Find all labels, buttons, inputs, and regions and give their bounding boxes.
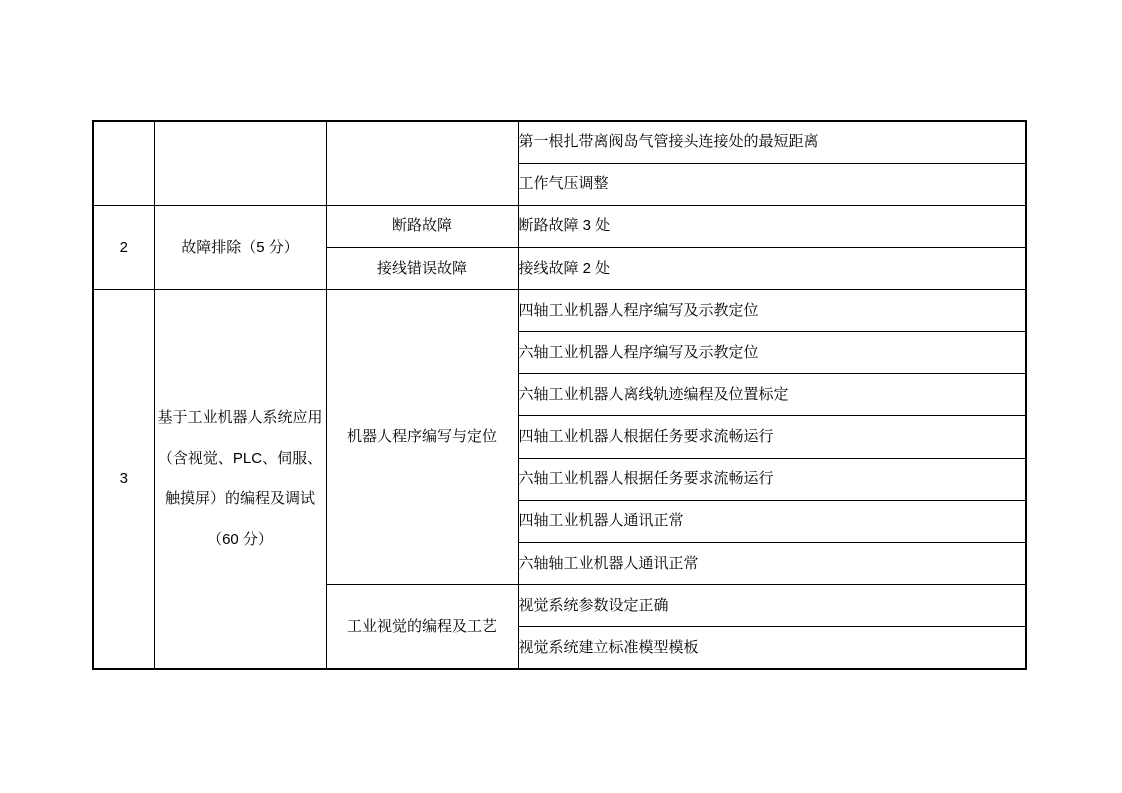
section-category-cell: 故障排除（5 分） xyxy=(154,205,326,289)
subcategory-cell: 断路故障 xyxy=(326,205,518,247)
criterion-cell: 视觉系统建立标准模型模板 xyxy=(518,627,1026,669)
subcategory-cell: 接线错误故障 xyxy=(326,247,518,289)
criterion-cell: 第一根扎带离阀岛气管接头连接处的最短距离 xyxy=(518,121,1026,163)
criterion-cell: 四轴工业机器人程序编写及示教定位 xyxy=(518,290,1026,332)
subcategory-cell xyxy=(326,121,518,205)
criterion-cell: 六轴轴工业机器人通讯正常 xyxy=(518,542,1026,584)
table-row: 2 故障排除（5 分） 断路故障 断路故障 3 处 xyxy=(93,205,1026,247)
criterion-cell: 六轴工业机器人根据任务要求流畅运行 xyxy=(518,458,1026,500)
table-row: 3 基于工业机器人系统应用（含视觉、PLC、伺服、触摸屏）的编程及调试（60 分… xyxy=(93,290,1026,332)
section-number-cell: 2 xyxy=(93,205,154,289)
criterion-cell: 四轴工业机器人根据任务要求流畅运行 xyxy=(518,416,1026,458)
section-category-cell: 基于工业机器人系统应用（含视觉、PLC、伺服、触摸屏）的编程及调试（60 分） xyxy=(154,290,326,669)
criterion-cell: 视觉系统参数设定正确 xyxy=(518,585,1026,627)
section-number-cell xyxy=(93,121,154,205)
criterion-cell: 六轴工业机器人离线轨迹编程及位置标定 xyxy=(518,374,1026,416)
table-row: 第一根扎带离阀岛气管接头连接处的最短距离 xyxy=(93,121,1026,163)
section-category-cell xyxy=(154,121,326,205)
criterion-cell: 四轴工业机器人通讯正常 xyxy=(518,500,1026,542)
subcategory-cell: 机器人程序编写与定位 xyxy=(326,290,518,585)
criterion-cell: 断路故障 3 处 xyxy=(518,205,1026,247)
criterion-cell: 接线故障 2 处 xyxy=(518,247,1026,289)
assessment-table: 第一根扎带离阀岛气管接头连接处的最短距离 工作气压调整 2 故障排除（5 分） … xyxy=(92,120,1027,670)
section-number-cell: 3 xyxy=(93,290,154,669)
criterion-cell: 工作气压调整 xyxy=(518,163,1026,205)
document-page: 第一根扎带离阀岛气管接头连接处的最短距离 工作气压调整 2 故障排除（5 分） … xyxy=(0,0,1122,793)
subcategory-cell: 工业视觉的编程及工艺 xyxy=(326,585,518,669)
criterion-cell: 六轴工业机器人程序编写及示教定位 xyxy=(518,332,1026,374)
